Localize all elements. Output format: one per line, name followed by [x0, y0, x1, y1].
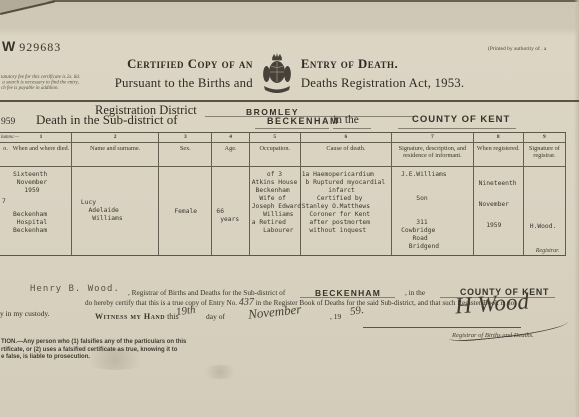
column-header: Age.: [212, 143, 248, 167]
column-header: Signature, description, and residence of…: [392, 143, 473, 167]
masthead-right: Entry of Death. Deaths Registration Act,…: [301, 55, 464, 93]
certifying-registrar-typed-name: Henry B. Wood.: [30, 284, 120, 294]
certificate-masthead: Certified Copy of an Pursuant to the Bir…: [0, 55, 579, 100]
caution-note: TION.—Any person who (1) falsifies any o…: [1, 339, 186, 362]
registrar-signature-cell: H.Wood.Registrar.: [524, 167, 565, 255]
county-value: COUNTY OF KENT: [412, 114, 510, 125]
column-number: 3: [159, 133, 211, 143]
entry-no-cell: 7: [0, 167, 11, 255]
title-pursuant: Pursuant to the Births and: [115, 74, 253, 93]
pencil-smudge: [200, 365, 240, 379]
when-where-died-cell: Sixteenth November 1959 Beckenham Hospit…: [11, 167, 71, 255]
column-number: 9: [524, 133, 565, 143]
column-header: Sex.: [159, 143, 211, 167]
informant-cell: J.E.Williams Son 311 Cowbridge Road Brid…: [392, 167, 473, 255]
custody-fragment: y in my custody.: [0, 309, 50, 318]
column-when-where-died: 1 When and where died. Sixteenth Novembe…: [11, 133, 72, 255]
register-entry-table: lumns:— o. 7 1 When and where died. Sixt…: [0, 132, 566, 256]
column-number: 2: [72, 133, 158, 143]
column-header: Occupation.: [250, 143, 300, 167]
column-number: 5: [250, 133, 300, 143]
registrar-of-births-deaths-label: Registrar of Births and Deaths.: [452, 332, 534, 339]
witness-year-handwritten: 59.: [349, 304, 365, 318]
county-form-line: [398, 128, 516, 129]
columns-caption: lumns:—: [0, 133, 11, 143]
occupation-cell: of 3 Atkins House Beckenham Wife of Jose…: [250, 167, 300, 255]
printed-authority-note: (Printed by authority of . a: [488, 46, 579, 52]
masthead-left: Certified Copy of an Pursuant to the Bir…: [115, 55, 253, 93]
signature-flourish: [448, 316, 569, 343]
column-occupation: 5 Occupation. of 3 Atkins House Beckenha…: [250, 133, 301, 255]
name-surname-cell: Lucy Adelaide Williams: [72, 167, 158, 255]
in-the-label: in the: [333, 114, 359, 126]
column-header: Cause of death.: [301, 143, 391, 167]
column-number: 7: [392, 133, 473, 143]
year-fragment: 959: [1, 117, 15, 127]
column-when-registered: 8 When registered. Nineteenth November 1…: [474, 133, 524, 255]
column-number: 8: [474, 133, 523, 143]
column-header: When and where died.: [11, 143, 71, 167]
column-informant: 7 Signature, description, and residence …: [392, 133, 474, 255]
certification-in-the: , in the: [405, 288, 425, 297]
header-rule: [0, 100, 579, 102]
sex-cell: Female: [159, 167, 211, 255]
witness-day-handwritten: 19th: [175, 304, 196, 319]
column-entry-no: lumns:— o. 7: [0, 133, 11, 255]
title-certified-copy: Certified Copy of an: [115, 55, 253, 74]
column-header: Signature of registrar.: [524, 143, 565, 167]
year-printed: , 19: [330, 312, 341, 321]
serial-number: W 929683: [2, 38, 61, 56]
subdistrict-label: Death in the Sub-district of: [36, 112, 178, 128]
cause-of-death-cell: 1a Haemopericardium b Ruptured myocardia…: [301, 167, 391, 255]
registrar-handwritten-signature: H Wood: [454, 288, 530, 319]
serial-digits: 929683: [19, 40, 61, 54]
column-name-surname: 2 Name and surname. Lucy Adelaide Willia…: [72, 133, 159, 255]
column-header: Name and surname.: [72, 143, 158, 167]
witness-smallcaps: Witness my Hand: [95, 312, 165, 321]
when-registered-cell: Nineteenth November 1959: [474, 167, 523, 255]
registrar-small-label: Registrar.: [536, 247, 565, 255]
column-number: 6: [301, 133, 391, 143]
day-of-label: day of: [206, 312, 225, 321]
column-registrar-signature: 9 Signature of registrar. H.Wood.Registr…: [524, 133, 566, 255]
column-number: 4: [212, 133, 248, 143]
column-cause-of-death: 6 Cause of death. 1a Haemopericardium b …: [301, 133, 392, 255]
witness-my-hand: Witness my Hand this: [95, 312, 179, 321]
title-deaths-act: Deaths Registration Act, 1953.: [301, 74, 464, 93]
column-header: When registered.: [474, 143, 523, 167]
registrar-signature-value: H.Wood.: [530, 223, 557, 230]
scan-top-edge-line: [0, 0, 579, 2]
death-certificate-scan: W 929683 tatutory fee for this certifica…: [0, 0, 579, 417]
certify-text: do hereby certify that this is a true co…: [85, 299, 237, 307]
column-age: 4 Age. 66 years: [212, 133, 249, 255]
column-number: 1: [11, 133, 71, 143]
age-cell: 66 years: [212, 167, 248, 255]
royal-crest-icon: [262, 53, 292, 100]
serial-prefix: W: [2, 38, 15, 54]
subdistrict-form-line: [255, 128, 329, 129]
column-sex: 3 Sex. Female: [159, 133, 212, 255]
in-the-form-line: [333, 128, 371, 129]
entry-no-header: o.: [0, 143, 11, 167]
certification-line1: , Registrar of Births and Deaths for the…: [128, 288, 285, 297]
title-entry-of-death: Entry of Death.: [301, 55, 464, 74]
subdistrict-value: BECKENHAM: [267, 116, 339, 126]
